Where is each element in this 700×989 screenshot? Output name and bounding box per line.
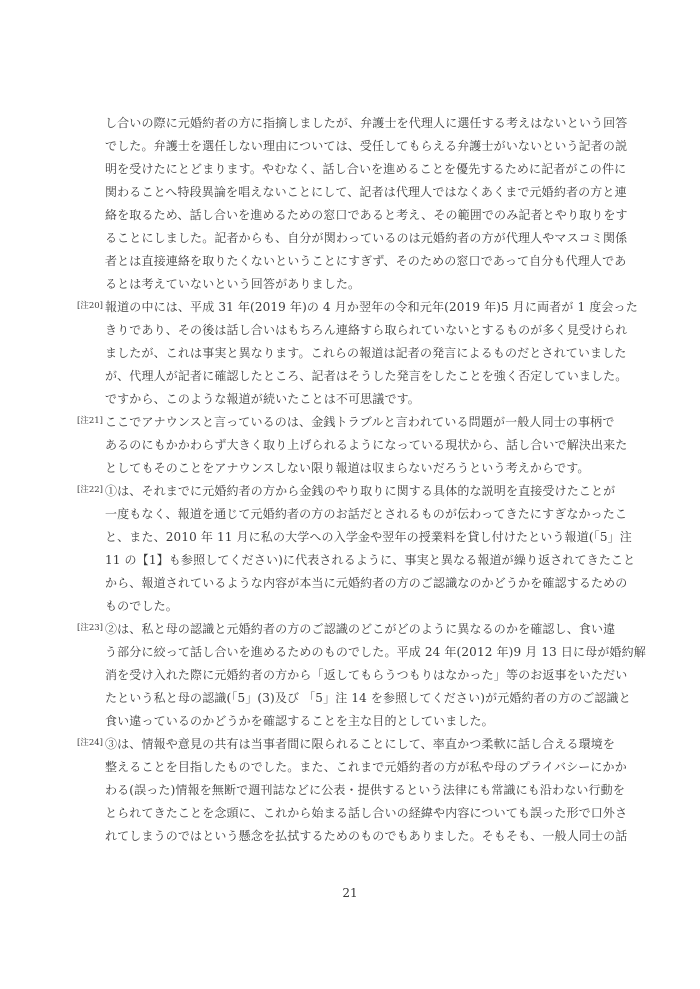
- footnote-21: [注21]ここでアナウンスと言っているのは、金銭トラブルと言われている問題が一般…: [105, 411, 640, 480]
- footnote-24: [注24]③は、情報や意見の共有は当事者間に限られることにして、率直かつ柔軟に話…: [105, 733, 640, 848]
- text-line: ①は、それまでに元婚約者の方から金銭のやり取りに関する具体的な説明を直接受けたこ…: [105, 480, 640, 503]
- document-page: し合いの際に元婚約者の方に指摘しましたが、弁護士を代理人に選任する考えはないとい…: [0, 0, 700, 989]
- text-line: ましたが、これは事実と異なります。これらの報道は記者の発言によるものだとされてい…: [105, 342, 640, 365]
- footnote-23: [注23]②は、私と母の認識と元婚約者の方のご認識のどこがどのように異なるのかを…: [105, 618, 640, 733]
- text-line: 11 の【1】も参照してください)に代表されるように、事実と異なる報道が繰り返さ…: [105, 549, 640, 572]
- text-line: 明を受けたにとどまります。やむなく、話し合いを進めることを優先するために記者がこ…: [105, 158, 640, 181]
- footnote-label: [注20]: [77, 299, 103, 311]
- footnote-20: [注20]報道の中には、平成 31 年(2019 年)の 4 月か翌年の令和元年…: [105, 296, 640, 411]
- text-line: ものでした。: [105, 595, 640, 618]
- text-line: ②は、私と母の認識と元婚約者の方のご認識のどこがどのように異なるのかを確認し、食…: [105, 618, 640, 641]
- footnote-label: [注21]: [77, 414, 103, 426]
- text-line: ここでアナウンスと言っているのは、金銭トラブルと言われている問題が一般人同士の事…: [105, 411, 640, 434]
- text-line: としてもそのことをアナウンスしない限り報道は収まらないだろうという考えからです。: [105, 457, 640, 480]
- text-line: たという私と母の認識(「5」(3)及び 「5」注 14 を参照してください)が元…: [105, 687, 640, 710]
- text-line: し合いの際に元婚約者の方に指摘しましたが、弁護士を代理人に選任する考えはないとい…: [105, 112, 640, 135]
- text-line: う部分に絞って話し合いを進めるためのものでした。平成 24 年(2012 年)9…: [105, 641, 640, 664]
- text-line: から、報道されているような内容が本当に元婚約者の方のご認識なのかどうかを確認する…: [105, 572, 640, 595]
- footnote-label: [注23]: [77, 621, 103, 633]
- text-line: ですから、このような報道が続いたことは不可思議です。: [105, 388, 640, 411]
- page-number: 21: [0, 886, 700, 900]
- text-line: わる(誤った)情報を無断で週刊誌などに公表・提供するという法律にも常識にも沿わな…: [105, 779, 640, 802]
- text-line: 消を受け入れた際に元婚約者の方から「返してもらうつもりはなかった」等のお返事をい…: [105, 664, 640, 687]
- text-line: ることにしました。記者からも、自分が関わっているのは元婚約者の方が代理人やマスコ…: [105, 227, 640, 250]
- footnote-label: [注24]: [77, 736, 103, 748]
- text-line: 絡を取るため、話し合いを進めるための窓口であると考え、その範囲でのみ記者とやり取…: [105, 204, 640, 227]
- text-line: るとは考えていないという回答がありました。: [105, 273, 640, 296]
- notes-list: し合いの際に元婚約者の方に指摘しましたが、弁護士を代理人に選任する考えはないとい…: [105, 112, 640, 848]
- text-line: と、また、2010 年 11 月に私の大学への入学金や翌年の授業料を貸し付けたと…: [105, 526, 640, 549]
- continued-paragraph: し合いの際に元婚約者の方に指摘しましたが、弁護士を代理人に選任する考えはないとい…: [105, 112, 640, 296]
- text-line: 関わることへ特段異論を唱えないことにして、記者は代理人ではなくあくまで元婚約者の…: [105, 181, 640, 204]
- text-line: 報道の中には、平成 31 年(2019 年)の 4 月か翌年の令和元年(2019…: [105, 296, 640, 319]
- text-line: ③は、情報や意見の共有は当事者間に限られることにして、率直かつ柔軟に話し合える環…: [105, 733, 640, 756]
- text-line: 食い違っているのかどうかを確認することを主な目的としていました。: [105, 710, 640, 733]
- text-line: 整えることを目指したものでした。また、これまで元婚約者の方が私や母のプライバシー…: [105, 756, 640, 779]
- text-line: が、代理人が記者に確認したところ、記者はそうした発言をしたことを強く否定していま…: [105, 365, 640, 388]
- text-line: でした。弁護士を選任しない理由については、受任してもらえる弁護士がいないという記…: [105, 135, 640, 158]
- footnote-label: [注22]: [77, 483, 103, 495]
- text-line: 一度もなく、報道を通じて元婚約者の方のお話だとされるものが伝わってきたにすぎなか…: [105, 503, 640, 526]
- footnote-22: [注22]①は、それまでに元婚約者の方から金銭のやり取りに関する具体的な説明を直…: [105, 480, 640, 618]
- text-line: とられてきたことを念頭に、これから始まる話し合いの経緯や内容についても誤った形で…: [105, 802, 640, 825]
- text-line: れてしまうのではという懸念を払拭するためのものでもありました。そもそも、一般人同…: [105, 825, 640, 848]
- text-line: あるのにもかかわらず大きく取り上げられるようになっている現状から、話し合いで解決…: [105, 434, 640, 457]
- text-line: きりであり、その後は話し合いはもちろん連絡すら取られていないとするものが多く見受…: [105, 319, 640, 342]
- text-line: 者とは直接連絡を取りたくないということにすぎず、そのための窓口であって自分も代理…: [105, 250, 640, 273]
